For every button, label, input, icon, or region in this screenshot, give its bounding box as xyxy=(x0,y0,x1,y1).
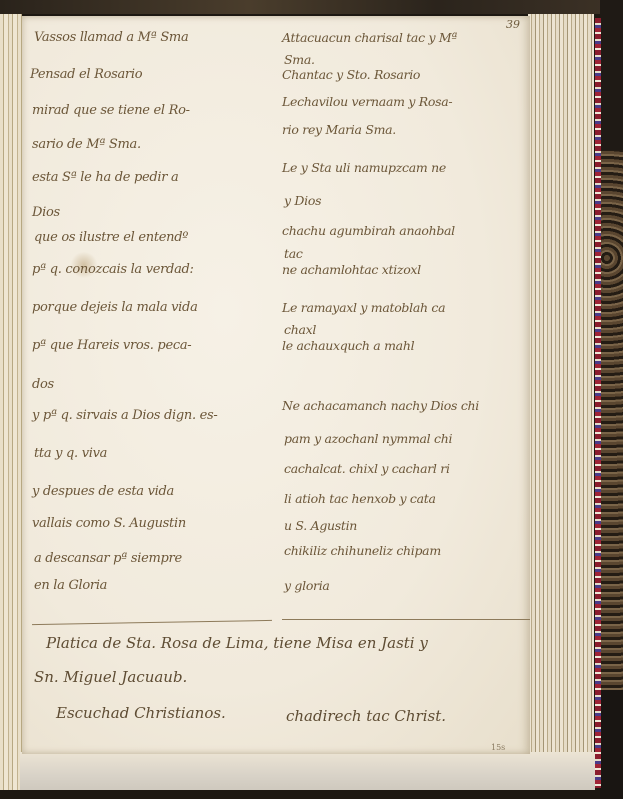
section-divider-right xyxy=(282,619,530,620)
right-line: u S. Agustin xyxy=(284,518,357,533)
right-line: le achauxquch a mahl xyxy=(282,338,414,353)
page-edges-bottom xyxy=(20,752,595,790)
left-line: pª q. conozcais la verdad: xyxy=(32,262,194,277)
right-line: tac xyxy=(284,246,303,261)
left-line: en la Gloria xyxy=(34,578,107,593)
left-line: porque dejeis la mala vida xyxy=(32,300,198,315)
right-line: Ne achacamanch nachy Dios chi xyxy=(282,398,479,413)
sermon-opening-mayan: chadirech tac Christ. xyxy=(286,707,446,725)
headband xyxy=(595,18,601,788)
right-line: chaxl xyxy=(284,322,316,337)
right-line: cachalcat. chixl y cacharl ri xyxy=(284,461,450,476)
left-line: tta y q. viva xyxy=(34,446,107,461)
folio-number: 39 xyxy=(506,18,520,31)
right-line: Le y Sta uli namupzcam ne xyxy=(282,160,446,175)
right-line: Le ramayaxl y matoblah ca xyxy=(282,300,445,315)
right-line: y Dios xyxy=(284,193,321,208)
left-line: que os ilustre el entendº xyxy=(34,230,188,245)
left-line: a descansar pª siempre xyxy=(34,551,182,566)
left-line: Vassos llamad a Mª Sma xyxy=(34,30,188,45)
left-line: vallais como S. Augustin xyxy=(32,516,186,531)
left-line: esta Sª le ha de pedir a xyxy=(32,170,178,185)
right-line: y gloria xyxy=(284,578,330,593)
page-edges xyxy=(528,14,594,786)
left-line: sario de Mª Sma. xyxy=(32,137,141,152)
signature-mark: 15s xyxy=(491,743,505,752)
right-line: li atioh tac henxob y cata xyxy=(284,491,436,506)
right-line: Lechavilou vernaam y Rosa- xyxy=(282,94,452,109)
book-cover-right-lower xyxy=(600,690,623,799)
right-line: Attacuacun charisal tac y Mª xyxy=(282,30,457,45)
left-line: pª que Hareis vros. peca- xyxy=(32,338,191,353)
left-line: dos xyxy=(32,377,54,392)
left-line: y despues de esta vida xyxy=(32,484,174,499)
left-line: mirad que se tiene el Ro- xyxy=(32,103,190,118)
book-cover-right xyxy=(600,0,623,150)
left-line: Dios xyxy=(32,205,60,220)
right-line: rio rey Maria Sma. xyxy=(282,122,396,137)
right-line: chachu agumbirah anaohbal xyxy=(282,223,455,238)
right-line: chikiliz chihuneliz chipam xyxy=(284,543,441,558)
left-line: y pª q. sirvais a Dios dign. es- xyxy=(32,408,217,423)
sermon-heading: Platica de Sta. Rosa de Lima, tiene Misa… xyxy=(46,634,428,652)
book-cover-top xyxy=(0,0,623,14)
left-line: Pensad el Rosario xyxy=(30,67,142,82)
sermon-opening-spanish: Escuchad Christianos. xyxy=(56,704,226,722)
right-line: Chantac y Sto. Rosario xyxy=(282,67,420,82)
right-line: Sma. xyxy=(284,52,315,67)
right-line: pam y azochanl nymmal chi xyxy=(284,431,452,446)
marbled-cover xyxy=(600,150,623,690)
page-gutter xyxy=(0,14,22,790)
sermon-heading-line2: Sn. Miguel Jacuaub. xyxy=(34,668,187,686)
right-line: ne achamlohtac xtizoxl xyxy=(282,262,421,277)
